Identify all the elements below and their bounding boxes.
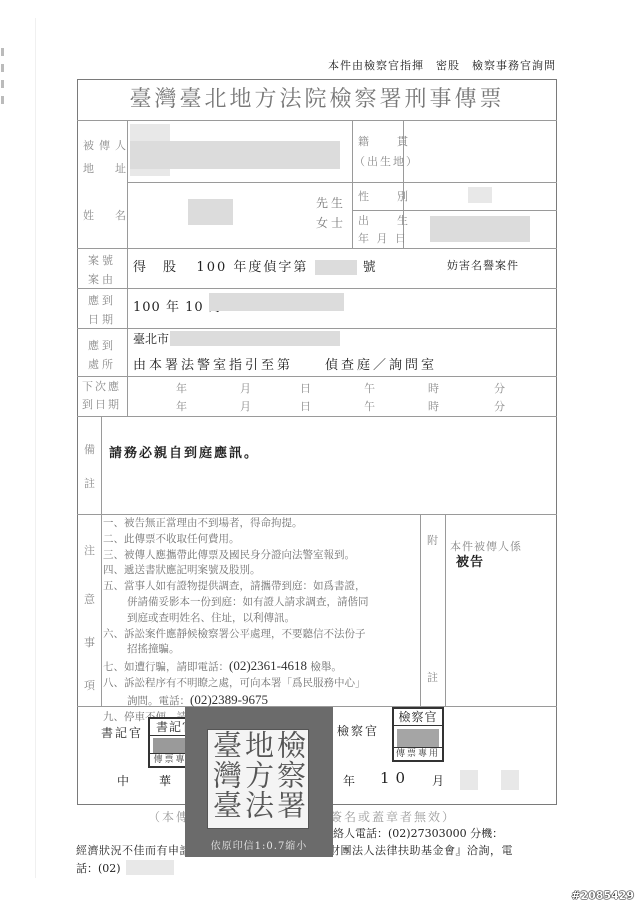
unit-hour: 時 bbox=[428, 398, 439, 416]
address-label-line1: 被傳人 bbox=[83, 138, 131, 154]
gender-label: 性 別 bbox=[358, 189, 410, 205]
image-id-watermark: #2085429 bbox=[571, 889, 634, 902]
unit-month: 月 bbox=[240, 398, 251, 416]
seal-col: 地方法 bbox=[242, 730, 274, 820]
attachment-label-bottom: 註 bbox=[427, 670, 443, 686]
rule bbox=[77, 514, 557, 515]
prosecutor-stamp: 檢察官 傳票專用 bbox=[392, 707, 444, 762]
redacted-issue-day bbox=[460, 770, 478, 790]
birth-label-line1: 出 生 bbox=[358, 213, 410, 229]
notice-line: 到庭或查明姓名、住址，以利傳訊。 bbox=[103, 611, 421, 627]
redacted-appear-address bbox=[170, 331, 340, 346]
birth-label: 出 生 年 月 日 bbox=[358, 213, 410, 247]
redacted-case-number bbox=[315, 260, 357, 275]
seal-glyphs: 臺灣臺地方法檢察署 bbox=[207, 729, 309, 829]
address-label-line2: 地 址 bbox=[83, 161, 131, 177]
rule bbox=[77, 376, 557, 377]
notices-label-2: 意 bbox=[84, 592, 100, 608]
case-division: 得 股 bbox=[133, 260, 178, 275]
notice-line: 六、訴訟案件應靜候檢察署公平處理，不要聽信不法份子 bbox=[103, 627, 421, 643]
unit-noon: 午 bbox=[364, 380, 375, 398]
remarks-label-top: 備 bbox=[84, 442, 100, 458]
notice-line: 三、被傳人應攜帶此傳票及國民身分證向法警室報到。 bbox=[103, 548, 421, 564]
native-place-label: 籍 貫 （出生地） bbox=[358, 134, 419, 170]
scan-edge-line bbox=[35, 18, 36, 878]
notices-label-3: 事 bbox=[84, 635, 100, 651]
legal-aid-tel: 話：(02) bbox=[76, 860, 121, 876]
unit-month: 月 bbox=[240, 380, 251, 398]
redacted-birthdate bbox=[430, 216, 530, 242]
name-label: 姓 名 bbox=[83, 208, 131, 224]
honorific-male: 先生 bbox=[316, 193, 346, 213]
seal-col: 臺灣臺 bbox=[210, 730, 242, 820]
rule bbox=[77, 120, 557, 121]
case-cause: 妨害名譽案件 bbox=[447, 257, 519, 273]
appear-place-city: 臺北市 bbox=[133, 330, 169, 347]
address-label: 被傳人 地 址 bbox=[83, 138, 131, 177]
next-date-label-line1: 下次應 bbox=[82, 379, 121, 395]
appear-date-label-line2: 日期 bbox=[88, 312, 116, 328]
service-center-phone: (02)2389-9675 bbox=[190, 692, 268, 707]
prosecutor-stamp-foot: 傳票專用 bbox=[394, 747, 442, 760]
rule bbox=[445, 514, 446, 706]
rule bbox=[101, 416, 102, 706]
appear-place-label-line2: 處所 bbox=[88, 357, 116, 373]
appear-place-label: 應到 處所 bbox=[88, 338, 116, 373]
issue-month: 10 bbox=[380, 769, 411, 787]
rule bbox=[77, 248, 557, 249]
seal-caption: 依原印信1:0.7縮小 bbox=[185, 837, 333, 852]
notice-line: 四、遞送書狀應記明案號及股別。 bbox=[103, 563, 421, 579]
unit-year: 年 bbox=[176, 380, 187, 398]
remarks-text: 請務必親自到庭應訊。 bbox=[109, 442, 259, 461]
notice-line: 二、此傳票不收取任何費用。 bbox=[103, 532, 421, 548]
unit-hour: 時 bbox=[428, 380, 439, 398]
redacted-legal-aid-tel bbox=[126, 860, 174, 875]
unit-noon: 午 bbox=[364, 398, 375, 416]
case-number-suffix: 號 bbox=[363, 260, 378, 275]
appear-place-label-line1: 應到 bbox=[88, 338, 116, 354]
notice-line: 七、如遭行騙，請即電話：(02)2361-4618 檢舉。 bbox=[103, 658, 421, 676]
notice-7-suffix: 檢舉。 bbox=[307, 661, 342, 673]
fraud-report-phone: (02)2361-4618 bbox=[229, 658, 307, 673]
next-date-label: 下次應 到日期 bbox=[82, 379, 121, 413]
redacted-appear-date bbox=[209, 293, 344, 311]
notice-line: 併請備妥影本一份到庭：如有證人請求調查，請偕同 bbox=[103, 595, 421, 611]
prosecutor-label: 檢察官 bbox=[337, 722, 379, 739]
redacted-issue-day bbox=[501, 770, 519, 790]
unit-year: 年 bbox=[176, 398, 187, 416]
case-label: 案號 案由 bbox=[88, 253, 116, 288]
era-char: 中 bbox=[117, 772, 129, 789]
notices-label-1: 注 bbox=[84, 543, 100, 559]
unit-day: 日 bbox=[300, 380, 311, 398]
unit-day: 日 bbox=[300, 398, 311, 416]
redacted-name bbox=[188, 199, 233, 225]
era-char: 華 bbox=[159, 772, 171, 789]
issue-year-unit: 年 bbox=[343, 772, 355, 789]
birth-label-line2: 年 月 日 bbox=[358, 231, 410, 247]
form-title: 臺灣臺北地方法院檢察署刑事傳票 bbox=[77, 80, 557, 120]
attachment-label-top: 附 bbox=[427, 533, 443, 549]
native-place-label-line2: （出生地） bbox=[354, 154, 419, 170]
rule bbox=[352, 120, 353, 248]
honorific: 先生 女士 bbox=[316, 193, 346, 233]
redacted-gender bbox=[468, 187, 492, 203]
notice-8-prefix: 詢問。電話： bbox=[127, 695, 190, 707]
issue-month-unit: 月 bbox=[432, 772, 444, 789]
unit-minute: 分 bbox=[494, 380, 505, 398]
clerk-label: 書記官 bbox=[101, 724, 143, 741]
notice-line: 八、訴訟程序有不明瞭之處，可向本署「爲民服務中心」 bbox=[103, 676, 421, 692]
honorific-female: 女士 bbox=[316, 213, 346, 233]
case-number-prefix: 100 年度偵字第 bbox=[196, 260, 308, 275]
notice-7-prefix: 七、如遭行騙，請即電話： bbox=[103, 661, 229, 673]
attachment-value: 被告 bbox=[456, 551, 484, 570]
header-note: 本件由檢察官指揮 密股 檢察事務官詢問 bbox=[328, 57, 556, 73]
notice-line: 招搖撞騙。 bbox=[103, 642, 421, 658]
rule bbox=[77, 288, 557, 289]
appear-date-label-line1: 應到 bbox=[88, 293, 116, 309]
case-label-line2: 案由 bbox=[88, 272, 116, 288]
next-date-label-line2: 到日期 bbox=[82, 397, 121, 413]
rule bbox=[77, 416, 557, 417]
scan-edge-marks bbox=[0, 40, 8, 160]
notices-list: 一、被告無正當理由不到場者，得命拘提。 二、此傳票不收取任何費用。 三、被傳人應… bbox=[103, 516, 421, 725]
notice-line: 一、被告無正當理由不到場者，得命拘提。 bbox=[103, 516, 421, 532]
case-number: 得 股 100 年度偵字第 號 bbox=[133, 256, 378, 275]
notice-line: 五、當事人如有證物提供調查，請攜帶到庭：如爲書證， bbox=[103, 579, 421, 595]
notices-label-4: 項 bbox=[84, 678, 100, 694]
case-label-line1: 案號 bbox=[88, 253, 116, 269]
redacted-prosecutor-name bbox=[397, 729, 439, 747]
official-seal: 臺灣臺地方法檢察署 依原印信1:0.7縮小 bbox=[185, 707, 333, 857]
rule bbox=[77, 328, 557, 329]
unit-minute: 分 bbox=[494, 398, 505, 416]
seal-col: 檢察署 bbox=[274, 730, 306, 820]
redacted-address bbox=[130, 141, 340, 169]
prosecutor-stamp-head: 檢察官 bbox=[394, 709, 442, 726]
appear-date-label: 應到 日期 bbox=[88, 293, 116, 328]
remarks-label-bottom: 註 bbox=[84, 476, 100, 492]
appear-place-instruction: 由本署法警室指引至第 偵查庭／詢問室 bbox=[133, 354, 437, 373]
rule bbox=[352, 210, 557, 211]
rule bbox=[127, 182, 557, 183]
native-place-label-line1: 籍 貫 bbox=[358, 134, 419, 150]
